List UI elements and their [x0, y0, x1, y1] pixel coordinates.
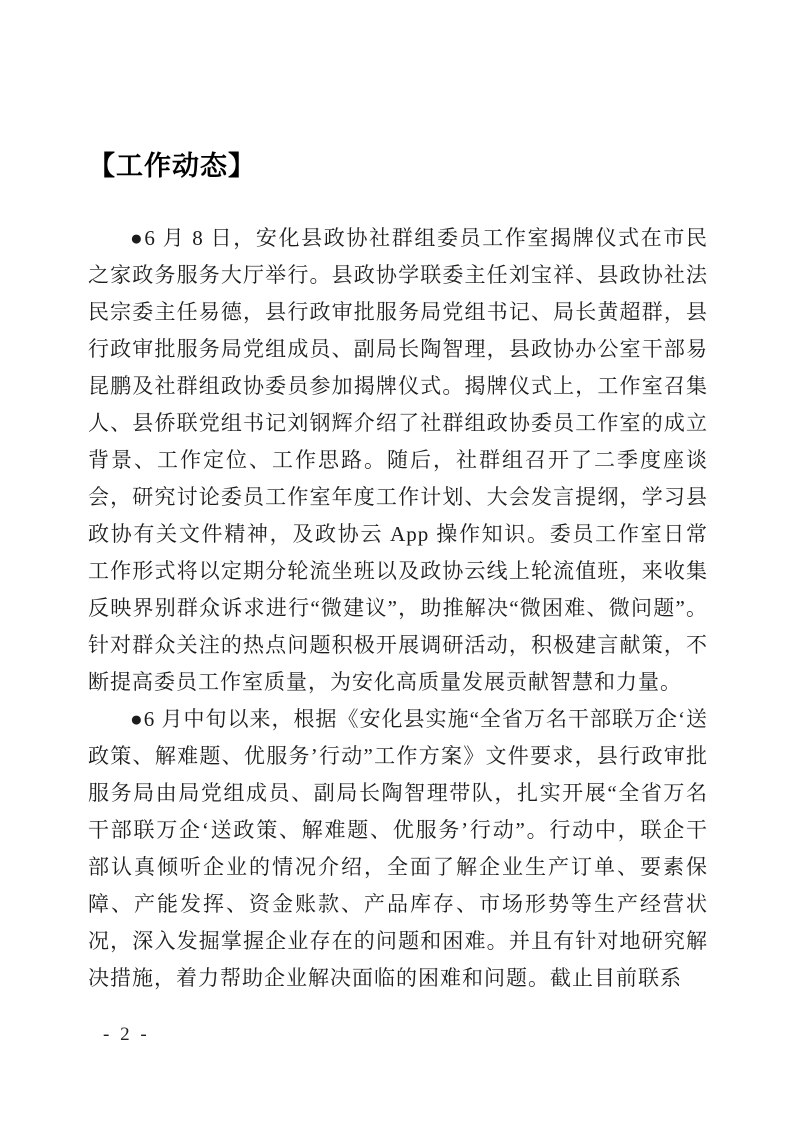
- document-content: 【工作动态】 ●6 月 8 日，安化县政协社群组委员工作室揭牌仪式在市民之家政务…: [88, 150, 708, 997]
- paragraph-enterprise-action: ●6 月中旬以来，根据《安化县实施“全省万名干部联万企‘送政策、解难题、优服务’…: [88, 701, 708, 997]
- paragraph-work-studio-opening: ●6 月 8 日，安化县政协社群组委员工作室揭牌仪式在市民之家政务服务大厅举行。…: [88, 220, 708, 701]
- page-number: - 2 -: [103, 1024, 150, 1046]
- section-heading: 【工作动态】: [88, 150, 708, 182]
- document-page: 【工作动态】 ●6 月 8 日，安化县政协社群组委员工作室揭牌仪式在市民之家政务…: [0, 0, 793, 1122]
